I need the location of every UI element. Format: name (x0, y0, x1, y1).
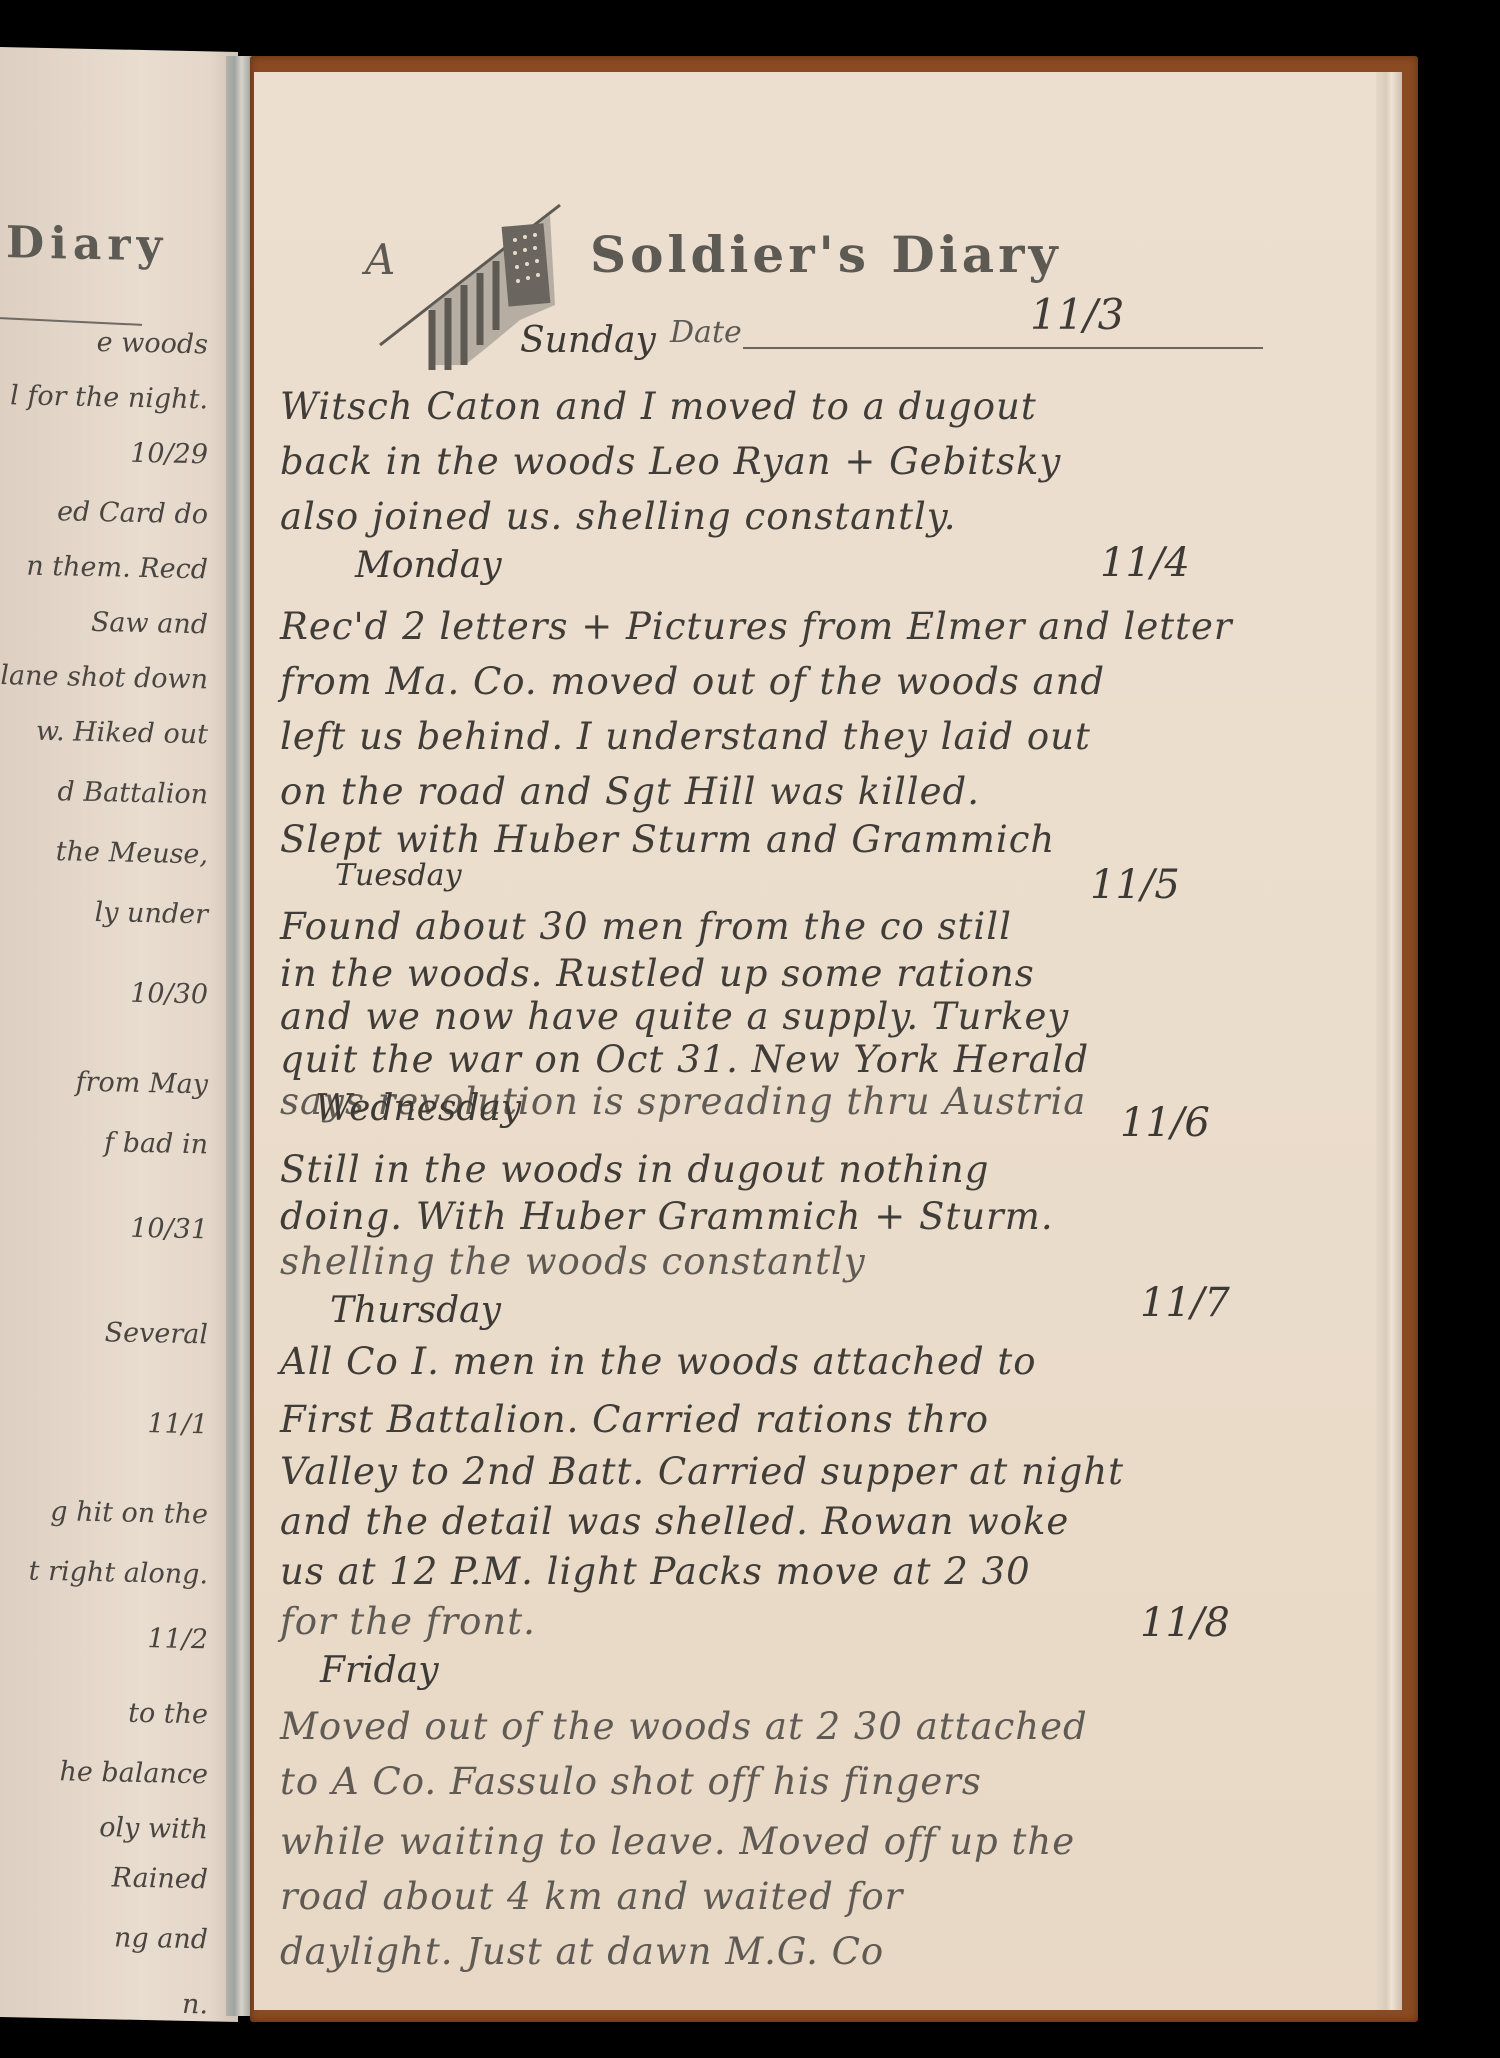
left-page-line: Saw and (91, 607, 208, 640)
left-page-line: t right along. (29, 1556, 208, 1591)
entry-line: All Co I. men in the woods attached to (280, 1340, 1037, 1383)
entry-line: quit the war on Oct 31. New York Herald (280, 1038, 1089, 1081)
left-page-line: 10/31 (130, 1213, 208, 1246)
entry-day: Sunday (520, 320, 656, 361)
left-page-line: 11/2 (147, 1623, 208, 1655)
entry-day: Friday (320, 1650, 439, 1691)
left-page-line: he balance (59, 1756, 208, 1790)
entry-line: Witsch Caton and I moved to a dugout (280, 385, 1037, 428)
entry-day: Tuesday (335, 858, 462, 893)
entry-line: doing. With Huber Grammich + Sturm. (280, 1195, 1054, 1238)
entry-line: for the front. (280, 1600, 536, 1643)
entry-line: Valley to 2nd Batt. Carried supper at ni… (280, 1450, 1124, 1493)
page-title: Soldier's Diary (590, 225, 1062, 284)
left-facing-page: Diary e woodsl for the night.10/29ed Car… (0, 47, 238, 2022)
left-page-title-fragment: Diary (6, 217, 168, 271)
left-page-line: from May (76, 1067, 208, 1101)
left-page-line: the Meuse, (56, 836, 208, 870)
left-page-line: ng and (114, 1922, 208, 1955)
left-page-line: ed Card do (57, 496, 208, 530)
entry-date: 11/8 (1140, 1600, 1230, 1646)
left-page-line: l for the night. (10, 380, 208, 415)
left-page-line: Rained (112, 1862, 208, 1895)
entry-line: and we now have quite a supply. Turkey (280, 995, 1069, 1038)
left-page-line: w. Hiked out (36, 716, 208, 751)
entry-line: Still in the woods in dugout nothing (280, 1148, 989, 1191)
left-page-line: oly with (99, 1812, 208, 1845)
entry-line: while waiting to leave. Moved off up the (280, 1820, 1075, 1863)
entry-day: Thursday (330, 1290, 501, 1331)
left-page-line: f bad in (104, 1127, 208, 1160)
left-page-line: g hit on the (50, 1496, 208, 1530)
title-prefix: A (365, 235, 395, 284)
entry-line: and the detail was shelled. Rowan woke (280, 1500, 1069, 1543)
page-stack-edge (1376, 72, 1402, 2010)
left-page-line: Several (105, 1317, 208, 1350)
left-page-line: d Battalion (57, 776, 208, 810)
left-page-line: e woods (97, 327, 208, 360)
entry-line: Found about 30 men from the co still (280, 905, 1012, 948)
entry-line: in the woods. Rustled up some rations (280, 952, 1035, 995)
entry-line: left us behind. I understand they laid o… (280, 715, 1091, 758)
left-page-line: 11/1 (147, 1408, 208, 1440)
entry-line: back in the woods Leo Ryan + Gebitsky (280, 440, 1061, 483)
left-page-line: 10/29 (130, 438, 208, 471)
date-label: Date (670, 315, 742, 350)
entry-line: Moved out of the woods at 2 30 attached (280, 1705, 1088, 1748)
left-page-line: ly under (95, 897, 208, 930)
entry-date: 11/5 (1090, 862, 1180, 908)
date-rule (743, 347, 1263, 349)
page-header: A Soldier's Diary Date 11/3 (350, 195, 1250, 385)
entry-line: Slept with Huber Sturm and Grammich (280, 818, 1055, 861)
date-value: 11/3 (1030, 290, 1124, 339)
entry-line: from Ma. Co. moved out of the woods and (280, 660, 1105, 703)
left-page-date-rule (0, 317, 142, 326)
entry-line: First Battalion. Carried rations thro (280, 1398, 989, 1441)
entry-date: 11/4 (1100, 540, 1190, 586)
left-page-line: n. (182, 1989, 208, 2021)
entry-line: to A Co. Fassulo shot off his fingers (280, 1760, 982, 1803)
left-page-line: 10/30 (130, 978, 208, 1011)
left-page-line: n them. Recd (26, 551, 208, 586)
entry-line: road about 4 km and waited for (280, 1875, 903, 1918)
entry-line: shelling the woods constantly (280, 1240, 866, 1283)
entry-line: us at 12 P.M. light Packs move at 2 30 (280, 1550, 1031, 1593)
entry-line: on the road and Sgt Hill was killed. (280, 770, 980, 813)
left-page-line: to the (128, 1698, 208, 1731)
left-page-line: lane shot down (0, 660, 208, 695)
entry-date: 11/7 (1140, 1280, 1230, 1326)
left-page-text: e woodsl for the night.10/29ed Card don … (0, 47, 238, 52)
entry-date: 11/6 (1120, 1100, 1210, 1146)
entry-day: Wednesday (315, 1088, 521, 1129)
entry-day: Monday (355, 545, 502, 586)
entry-line: daylight. Just at dawn M.G. Co (280, 1930, 884, 1973)
entry-line: also joined us. shelling constantly. (280, 495, 957, 538)
entry-line: Rec'd 2 letters + Pictures from Elmer an… (280, 605, 1233, 648)
